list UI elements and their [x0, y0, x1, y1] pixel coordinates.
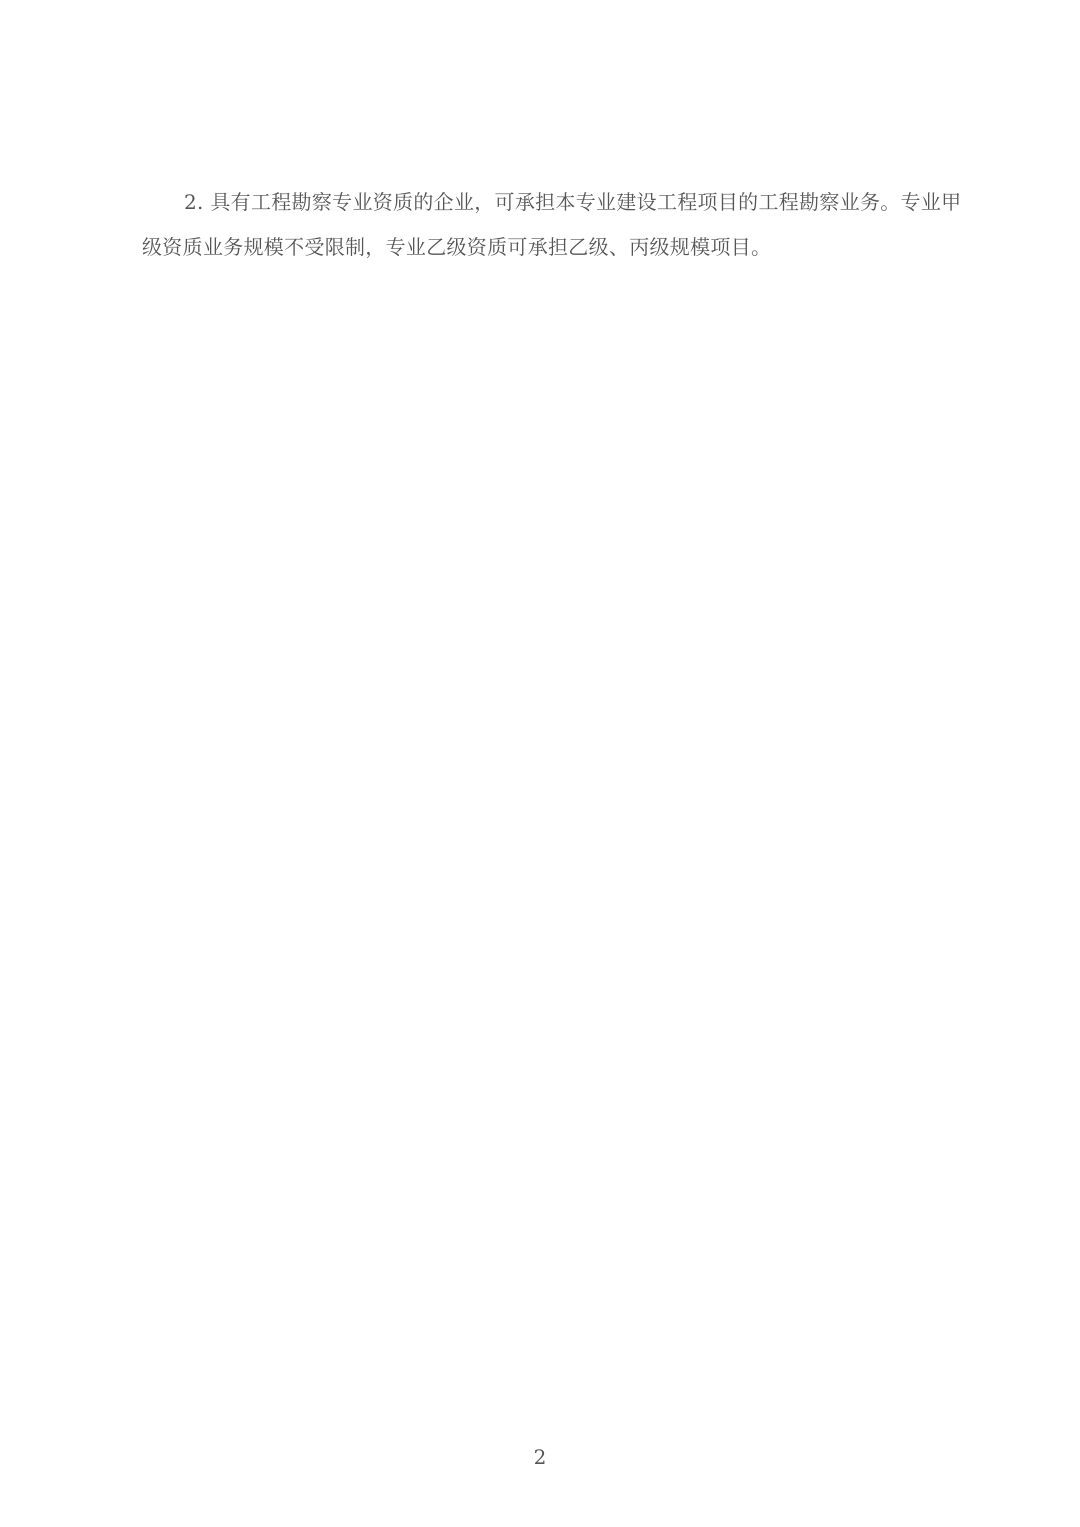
paragraph-line-1: 2. 具有工程勘察专业资质的企业，可承担本专业建设工程项目的工程勘察业务。专业甲 [142, 180, 954, 225]
body-paragraph: 2. 具有工程勘察专业资质的企业，可承担本专业建设工程项目的工程勘察业务。专业甲… [142, 180, 954, 270]
paragraph-line-2: 级资质业务规模不受限制，专业乙级资质可承担乙级、丙级规模项目。 [142, 225, 954, 270]
page-number: 2 [0, 1443, 1080, 1471]
document-page: 2. 具有工程勘察专业资质的企业，可承担本专业建设工程项目的工程勘察业务。专业甲… [0, 0, 1080, 1527]
